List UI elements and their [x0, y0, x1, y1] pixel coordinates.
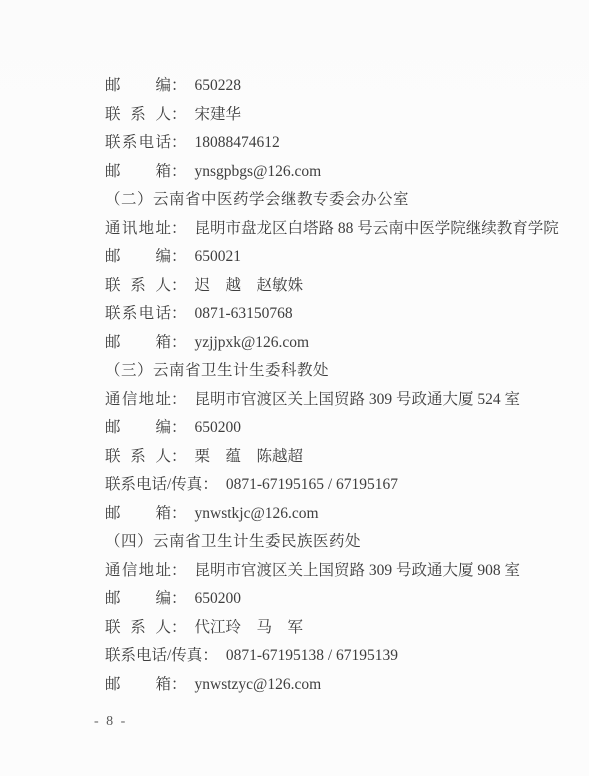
field-value: 昆明市官渡区关上国贸路 309 号政通大厦 524 室: [195, 391, 521, 408]
field-value: 650021: [195, 248, 242, 265]
field-value: 650200: [195, 590, 242, 607]
document-line-contact-person: 联系人：宋建华: [105, 101, 559, 130]
field-value: 0871-67195138 / 67195139: [226, 647, 398, 664]
document-line-phone: 联系电话：0871-63150768: [105, 300, 559, 329]
section-heading-2: （二）云南省中医药学会继教专委会办公室: [105, 186, 559, 215]
scanned-document-page: 邮编：650228 联系人：宋建华 联系电话：18088474612 邮箱：yn…: [0, 0, 589, 776]
field-value: ynsgpbgs@126.com: [195, 163, 322, 180]
field-label: 邮编: [105, 585, 171, 614]
document-line-phone-fax: 联系电话/传真：0871-67195165 / 67195167: [105, 471, 559, 500]
document-line-email: 邮箱：ynwstkjc@126.com: [105, 500, 559, 529]
colon: ：: [171, 590, 187, 607]
field-label: 邮编: [105, 414, 171, 443]
field-value: 昆明市盘龙区白塔路 88 号云南中医学院继续教育学院: [195, 220, 559, 237]
colon: ：: [171, 334, 187, 351]
field-label: 通信地址: [105, 386, 171, 415]
document-line-email: 邮箱：ynwstzyc@126.com: [105, 671, 559, 700]
colon: ：: [171, 676, 187, 693]
field-label: 联系人: [105, 443, 171, 472]
field-label: 联系人: [105, 101, 171, 130]
field-label: 联系人: [105, 272, 171, 301]
field-value: 宋建华: [195, 106, 242, 123]
colon: ：: [202, 476, 218, 493]
colon: ：: [171, 106, 187, 123]
field-value: ynwstkjc@126.com: [195, 505, 319, 522]
document-line-contact-person: 联系人：栗 蕴 陈越超: [105, 443, 559, 472]
document-line-postal-code: 邮编：650021: [105, 243, 559, 272]
field-value: 0871-63150768: [195, 305, 293, 322]
field-value: yzjjpxk@126.com: [195, 334, 310, 351]
field-label: 联系人: [105, 614, 171, 643]
document-line-address: 通讯地址：昆明市盘龙区白塔路 88 号云南中医学院继续教育学院: [105, 215, 559, 244]
field-label: 联系电话/传真: [105, 642, 202, 671]
document-line-contact-person: 联系人：代江玲 马 军: [105, 614, 559, 643]
document-line-postal-code: 邮编：650228: [105, 72, 559, 101]
field-value: 18088474612: [195, 134, 280, 151]
field-value: 栗 蕴 陈越超: [195, 448, 304, 465]
field-label: 通讯地址: [105, 215, 171, 244]
colon: ：: [202, 647, 218, 664]
colon: ：: [171, 419, 187, 436]
field-label: 邮箱: [105, 671, 171, 700]
document-line-postal-code: 邮编：650200: [105, 585, 559, 614]
colon: ：: [171, 562, 187, 579]
field-value: 0871-67195165 / 67195167: [226, 476, 398, 493]
colon: ：: [171, 248, 187, 265]
colon: ：: [171, 391, 187, 408]
field-label: 邮箱: [105, 329, 171, 358]
field-label: 邮编: [105, 72, 171, 101]
document-line-email: 邮箱：yzjjpxk@126.com: [105, 329, 559, 358]
page-number: - 8 -: [94, 712, 127, 732]
document-body: 邮编：650228 联系人：宋建华 联系电话：18088474612 邮箱：yn…: [105, 72, 559, 699]
colon: ：: [171, 163, 187, 180]
colon: ：: [171, 220, 187, 237]
field-value: 迟 越 赵敏姝: [195, 277, 304, 294]
colon: ：: [171, 77, 187, 94]
field-value: 650228: [195, 77, 242, 94]
document-line-contact-person: 联系人：迟 越 赵敏姝: [105, 272, 559, 301]
field-value: 代江玲 马 军: [195, 619, 304, 636]
field-label: 联系电话: [105, 300, 171, 329]
field-label: 邮箱: [105, 158, 171, 187]
document-line-email: 邮箱：ynsgpbgs@126.com: [105, 158, 559, 187]
document-line-phone: 联系电话：18088474612: [105, 129, 559, 158]
colon: ：: [171, 134, 187, 151]
colon: ：: [171, 305, 187, 322]
document-line-address: 通信地址：昆明市官渡区关上国贸路 309 号政通大厦 908 室: [105, 557, 559, 586]
field-label: 联系电话/传真: [105, 471, 202, 500]
colon: ：: [171, 619, 187, 636]
colon: ：: [171, 277, 187, 294]
section-heading-4: （四）云南省卫生计生委民族医药处: [105, 528, 559, 557]
field-label: 邮编: [105, 243, 171, 272]
document-line-postal-code: 邮编：650200: [105, 414, 559, 443]
document-line-address: 通信地址：昆明市官渡区关上国贸路 309 号政通大厦 524 室: [105, 386, 559, 415]
field-label: 联系电话: [105, 129, 171, 158]
field-value: ynwstzyc@126.com: [195, 676, 322, 693]
field-label: 通信地址: [105, 557, 171, 586]
field-value: 昆明市官渡区关上国贸路 309 号政通大厦 908 室: [195, 562, 521, 579]
field-value: 650200: [195, 419, 242, 436]
field-label: 邮箱: [105, 500, 171, 529]
section-heading-3: （三）云南省卫生计生委科教处: [105, 357, 559, 386]
colon: ：: [171, 505, 187, 522]
document-line-phone-fax: 联系电话/传真：0871-67195138 / 67195139: [105, 642, 559, 671]
colon: ：: [171, 448, 187, 465]
